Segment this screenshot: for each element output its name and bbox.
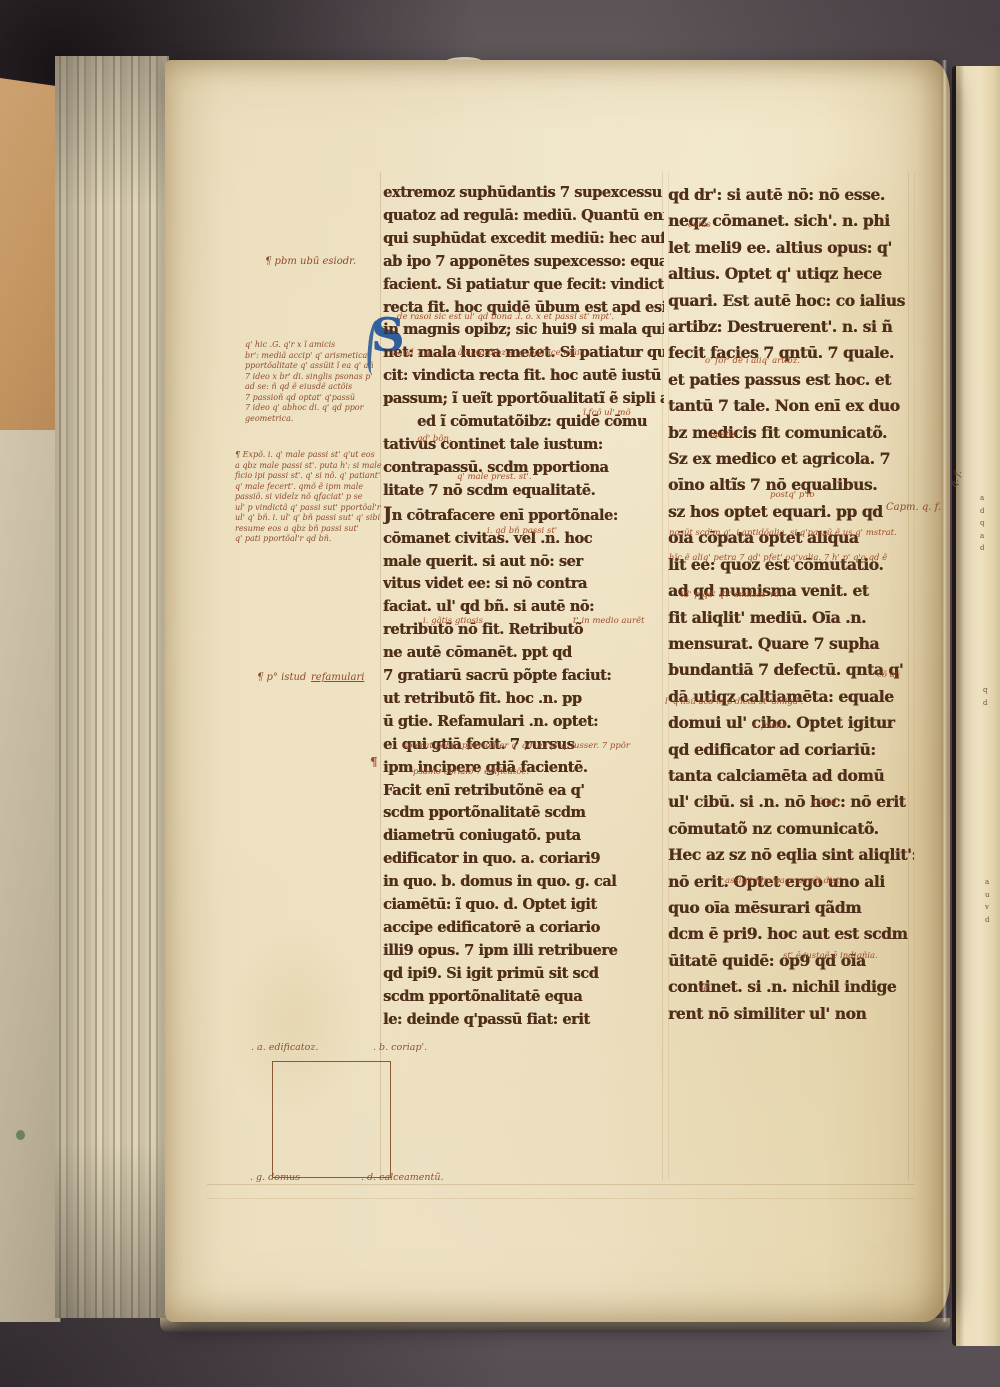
margin-note-refamulari-word: refamulari	[311, 672, 364, 683]
interlinear-gloss: i. qd bñ passi st'	[487, 526, 557, 536]
text-line: scdm pportõnalitatē equa	[383, 986, 664, 1009]
interlinear-gloss: cuius	[688, 220, 711, 230]
text-line: sz hos optet equari. pp qd	[668, 499, 914, 525]
text-line: altius. Optet q' utiqz hece	[668, 261, 914, 287]
text-line: mensurat. Quare 7 supha	[668, 631, 914, 657]
text-line: qd edificator ad coriariū:	[668, 737, 914, 763]
margin-gloss-block-1: q' hic .G. q'r x ĩ amicis br': mediã acc…	[245, 340, 391, 424]
text-line: let meli9 ee. altius opus: q'	[668, 235, 914, 261]
text-line: male querit. si aut nō: ser	[383, 551, 664, 574]
paraph-mark: ¶	[370, 755, 378, 769]
facing-page-edge-text: a u v d	[985, 876, 990, 926]
interlinear-gloss: opetis	[710, 430, 736, 440]
interlinear-gloss: hĩc ẽ aliq' petra 7 qd' pfet' oq'valia. …	[669, 553, 915, 563]
ruling-line	[914, 172, 915, 1180]
interlinear-gloss: st' ē iustaẽ ē indigñia.	[783, 951, 963, 961]
text-line: ciamētū: ĩ quo. d. Optet igit	[383, 894, 664, 917]
facing-page-edge	[952, 66, 1000, 1346]
text-line: qd dr': si autē nō: nō esse.	[668, 182, 914, 208]
interlinear-gloss: ĩ fcõ ul' mõ	[583, 408, 631, 418]
text-line: et paties passus est hoc. et	[668, 367, 914, 393]
interlinear-gloss: i. gãtis gtiosis	[423, 616, 483, 626]
interlinear-gloss: id' p qd' q'l' amilsat' rõ.	[681, 590, 782, 600]
interlinear-gloss: sõ erat pchm pportõliter q' qd' ea p' q'…	[403, 741, 665, 751]
text-line: ne autē cōmanēt. ppt qd	[383, 642, 664, 665]
diagram-label-tanner: . b. coriap'.	[373, 1042, 427, 1053]
interlinear-gloss: assig't idm pace amsĩt dist'.	[725, 876, 945, 886]
interlinear-gloss: cũ qd'	[813, 797, 839, 807]
text-line: Hec az sz nō eqlia sint aliqlit':	[668, 842, 914, 868]
text-line: tanta calciamēta ad domū	[668, 763, 914, 789]
text-line: quo oīa mēsurari qãdm	[668, 895, 914, 921]
interlinear-gloss: t' in medio aurẽt	[573, 616, 644, 626]
margin-note-chapter: Capm. q. f.	[886, 502, 941, 513]
ruling-line	[207, 1198, 915, 1199]
margin-note-refamulari: ¶ p° istud	[257, 672, 306, 683]
interlinear-gloss: psãmo coriãio 7 edificatõe.	[413, 767, 529, 777]
diagram-label-shoe: . d. calceamentũ.	[361, 1172, 444, 1183]
text-line: facient. Si patiatur que fecit: vindicta	[383, 274, 664, 297]
text-line: cit: vindicta recta fit. hoc autē iustū …	[383, 365, 664, 388]
text-line: ū gtie. Refamulari .n. optet:	[383, 711, 664, 734]
interlinear-gloss: cõ aũ	[877, 670, 900, 680]
text-line: Sz ex medico et agricola. 7	[668, 446, 914, 472]
interlinear-gloss: postq' p'lo	[770, 490, 814, 500]
text-line: quari. Est autē hoc: co ialius	[668, 288, 914, 314]
ruling-line	[207, 1184, 915, 1185]
exchange-diagram-square	[272, 1061, 391, 1178]
text-line: extremoz suphūdantis 7 supexcessu ex	[383, 182, 664, 205]
interlinear-gloss: i. fruãte	[753, 721, 787, 731]
text-line: cōmutatõ nz comunicatõ.	[668, 816, 914, 842]
text-line: le: deinde q'passū fiat: erit	[383, 1009, 664, 1032]
text-line: illi9 opus. 7 ipm illi retribuere	[383, 940, 664, 963]
photograph-backdrop: S extremoz suphūdantis 7 supexcessu exqu…	[0, 0, 1000, 1387]
text-line: tantū 7 tale. Non enī ex duo	[668, 393, 914, 419]
text-column-right: qd dr': si autē nō: nō esse.neqz cōmanet…	[668, 182, 914, 1027]
text-line: ut retributõ fit. hoc .n. pp	[383, 688, 664, 711]
text-line: ul' cibū. si .n. nō hoc: nō erit	[668, 789, 914, 815]
text-line: qd ipi9. Si igit primū sit scd	[383, 963, 664, 986]
text-line: Facit enī retributõnē ea q'	[383, 780, 664, 803]
margin-gloss-block-2: ¶ Expõ. i. q' male passi st' q'ut eos a …	[235, 450, 391, 545]
interlinear-gloss: s. qd 7 q'. si. c ãmutatõibz s. q' polit…	[393, 348, 655, 358]
page-edges-stack	[55, 56, 169, 1318]
interlinear-gloss: ul	[701, 982, 709, 992]
facing-page-edge-text: a d q a d	[980, 492, 984, 555]
text-line: artibz: Destruerent'. n. si ñ	[668, 314, 914, 340]
interlinear-gloss: de rasoi sic est ul' qd bona .l. o. x et…	[397, 312, 655, 322]
text-line: Jn cōtrafacere enī pportõnale:	[383, 503, 664, 528]
text-line: quatoz ad regulā: mediū. Quantū enim	[383, 205, 664, 228]
text-line: ab ipo 7 apponētes supexcesso: equales i…	[383, 251, 664, 274]
text-line: 7 gratiarū sacrū põpte faciut:	[383, 665, 664, 688]
interlinear-gloss: q' male prest. st'.	[457, 472, 532, 482]
manuscript-page: S extremoz suphūdantis 7 supexcessu exqu…	[165, 60, 950, 1322]
margin-note-hesiod: ¶ pbm ubū esiodr.	[265, 256, 356, 267]
diagram-label-builder: . a. edificatoz.	[251, 1042, 318, 1053]
text-line: qui suphūdat excedit mediū: hec auferēte…	[383, 228, 664, 251]
text-column-left: extremoz suphūdantis 7 supexcessu exquat…	[383, 182, 664, 1032]
interlinear-gloss: nosũt scd'm q'. i aptidõalia. si q'passũ…	[669, 528, 915, 538]
text-line: bz medicis fit comunicatõ.	[668, 420, 914, 446]
text-line: in magnis opibz; sic hui9 si mala quis s…	[383, 319, 664, 342]
diagram-label-house: . g. domus	[250, 1172, 300, 1183]
text-line: accipe edificatorē a coriario	[383, 917, 664, 940]
text-line: dcm ē pri9. hoc aut est scdm	[668, 921, 914, 947]
text-line: domui ul' cibo. Optet igitur	[668, 710, 914, 736]
facing-page-edge-text: q d	[983, 684, 987, 709]
text-line: edificator in quo. a. coriari9	[383, 848, 664, 871]
text-line: in quo. b. domus in quo. g. cal	[383, 871, 664, 894]
binding-stain-speck	[16, 1130, 25, 1140]
interlinear-gloss: o' for' dẽ ĩ aliq' artibz.	[705, 356, 800, 366]
interlinear-gloss: qd' bõn.	[417, 434, 452, 444]
text-line: rent nō similiter ul' non	[668, 1001, 914, 1027]
text-line: diametrū coniugatõ. puta	[383, 825, 664, 848]
interlinear-gloss: l' q'ilsũ acd'm p'dicta st' amigd'.	[665, 697, 803, 707]
page-crease	[940, 60, 947, 1322]
text-line: scdm pportõnalitatē scdm	[383, 802, 664, 825]
text-line: fit aliqlit' mediū. Oīa .n.	[668, 605, 914, 631]
text-line: vitus videt ee: si nō contra	[383, 573, 664, 596]
text-line: litate 7 nō scdm equalitatē.	[383, 480, 664, 503]
